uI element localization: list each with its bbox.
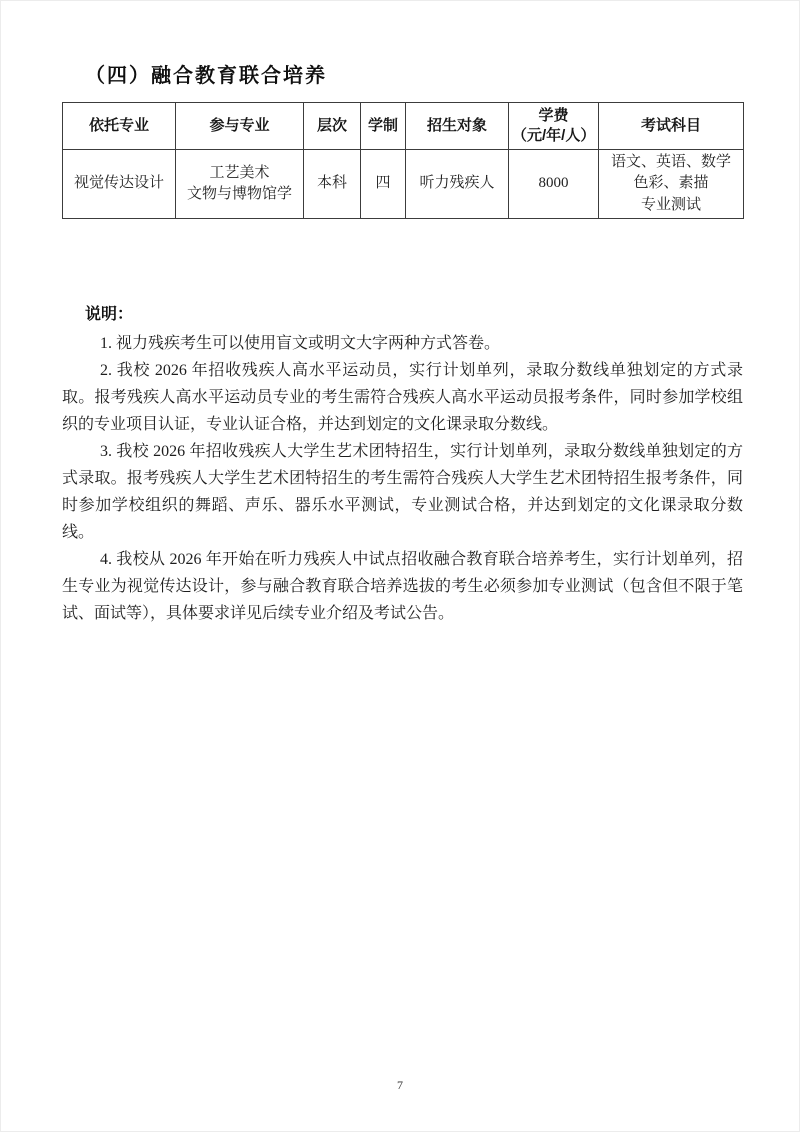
- col-header-label: 学制: [364, 116, 402, 136]
- col-header-label: 学费: [512, 106, 595, 126]
- col-header-label: 招生对象: [409, 116, 505, 136]
- col-header-target: 招生对象: [406, 103, 509, 150]
- col-header-label-unit: （元/年/人）: [512, 126, 595, 146]
- cell-level: 本科: [304, 150, 361, 219]
- cell-participating-major: 工艺美术 文物与博物馆学: [176, 150, 304, 219]
- document-page: （四）融合教育联合培养 依托专业 参与专业 层次: [0, 0, 800, 1132]
- page-number: 7: [1, 1078, 799, 1093]
- col-header-level: 层次: [304, 103, 361, 150]
- cell-text: 专业测试: [602, 195, 740, 216]
- table-row: 视觉传达设计 工艺美术 文物与博物馆学 本科 四 听力残疾人 8000: [63, 150, 744, 219]
- cell-text: 色彩、素描: [602, 173, 740, 194]
- note-item-3: 3. 我校 2026 年招收残疾人大学生艺术团特招生，实行计划单列，录取分数线单…: [62, 438, 743, 546]
- cell-text: 本科: [307, 173, 357, 194]
- cell-exam-subjects: 语文、英语、数学 色彩、素描 专业测试: [599, 150, 744, 219]
- cell-text: 工艺美术: [179, 163, 300, 184]
- col-header-duration: 学制: [361, 103, 406, 150]
- col-header-tuition: 学费 （元/年/人）: [509, 103, 599, 150]
- col-header-participating-major: 参与专业: [176, 103, 304, 150]
- col-header-label: 考试科目: [602, 116, 740, 136]
- table-header-row: 依托专业 参与专业 层次 学制 招生对象 学费 （元/年/人）: [63, 103, 744, 150]
- program-table: 依托专业 参与专业 层次 学制 招生对象 学费 （元/年/人）: [62, 102, 744, 219]
- col-header-base-major: 依托专业: [63, 103, 176, 150]
- cell-text: 视觉传达设计: [66, 173, 172, 194]
- cell-duration: 四: [361, 150, 406, 219]
- cell-base-major: 视觉传达设计: [63, 150, 176, 219]
- cell-text: 语文、英语、数学: [602, 152, 740, 173]
- cell-text: 8000: [512, 173, 595, 194]
- cell-target: 听力残疾人: [406, 150, 509, 219]
- section-heading: （四）融合教育联合培养: [85, 59, 742, 88]
- cell-text: 四: [364, 173, 402, 194]
- notes-section: 说明： 1. 视力残疾考生可以使用盲文或明文大字两种方式答卷。 2. 我校 20…: [62, 303, 743, 627]
- note-item-4: 4. 我校从 2026 年开始在听力残疾人中试点招收融合教育联合培养考生，实行计…: [62, 546, 743, 627]
- col-header-label: 层次: [307, 116, 357, 136]
- cell-text: 听力残疾人: [409, 173, 505, 194]
- note-item-1: 1. 视力残疾考生可以使用盲文或明文大字两种方式答卷。: [62, 330, 743, 357]
- notes-label: 说明：: [85, 303, 743, 327]
- col-header-exam-subjects: 考试科目: [599, 103, 744, 150]
- note-item-2: 2. 我校 2026 年招收残疾人高水平运动员，实行计划单列，录取分数线单独划定…: [62, 357, 743, 438]
- cell-text: 文物与博物馆学: [179, 184, 300, 205]
- col-header-label: 参与专业: [179, 116, 300, 136]
- cell-tuition: 8000: [509, 150, 599, 219]
- col-header-label: 依托专业: [66, 116, 172, 136]
